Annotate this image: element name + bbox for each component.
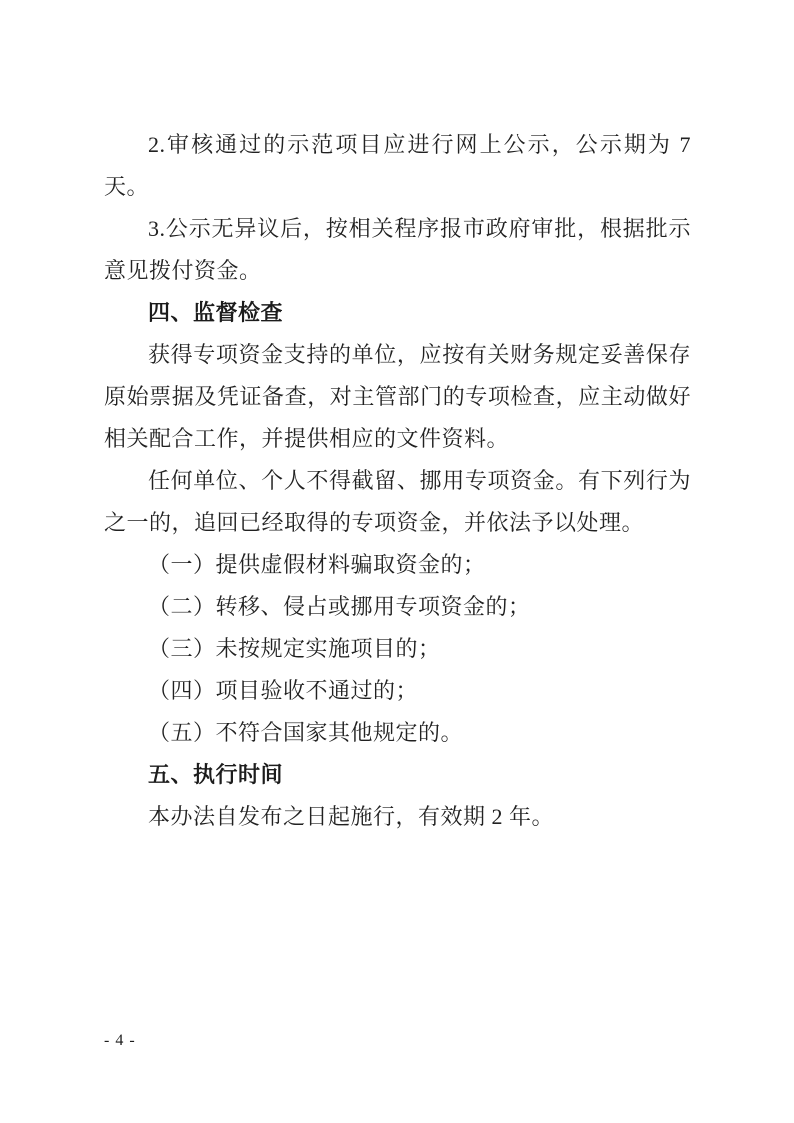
list-item-5: （五）不符合国家其他规定的。 [104,712,691,754]
paragraph-step-3: 3.公示无异议后，按相关程序报市政府审批，根据批示意见拨付资金。 [104,208,691,292]
paragraph-misuse-rule: 任何单位、个人不得截留、挪用专项资金。有下列行为之一的，追回已经取得的专项资金，… [104,460,691,544]
document-page: 2.审核通过的示范项目应进行网上公示，公示期为 7 天。 3.公示无异议后，按相… [0,0,794,1123]
paragraph-effective-period: 本办法自发布之日起施行，有效期 2 年。 [104,796,691,838]
section-heading-supervision: 四、监督检查 [104,292,691,334]
list-item-2: （二）转移、侵占或挪用专项资金的； [104,586,691,628]
document-body: 2.审核通过的示范项目应进行网上公示，公示期为 7 天。 3.公示无异议后，按相… [104,124,691,838]
list-item-4: （四）项目验收不通过的； [104,670,691,712]
paragraph-step-2: 2.审核通过的示范项目应进行网上公示，公示期为 7 天。 [104,124,691,208]
paragraph-record-keeping: 获得专项资金支持的单位，应按有关财务规定妥善保存原始票据及凭证备查，对主管部门的… [104,334,691,460]
list-item-1: （一）提供虚假材料骗取资金的； [104,544,691,586]
section-heading-effective-time: 五、执行时间 [104,754,691,796]
page-number: - 4 - [104,1030,136,1052]
list-item-3: （三）未按规定实施项目的； [104,628,691,670]
